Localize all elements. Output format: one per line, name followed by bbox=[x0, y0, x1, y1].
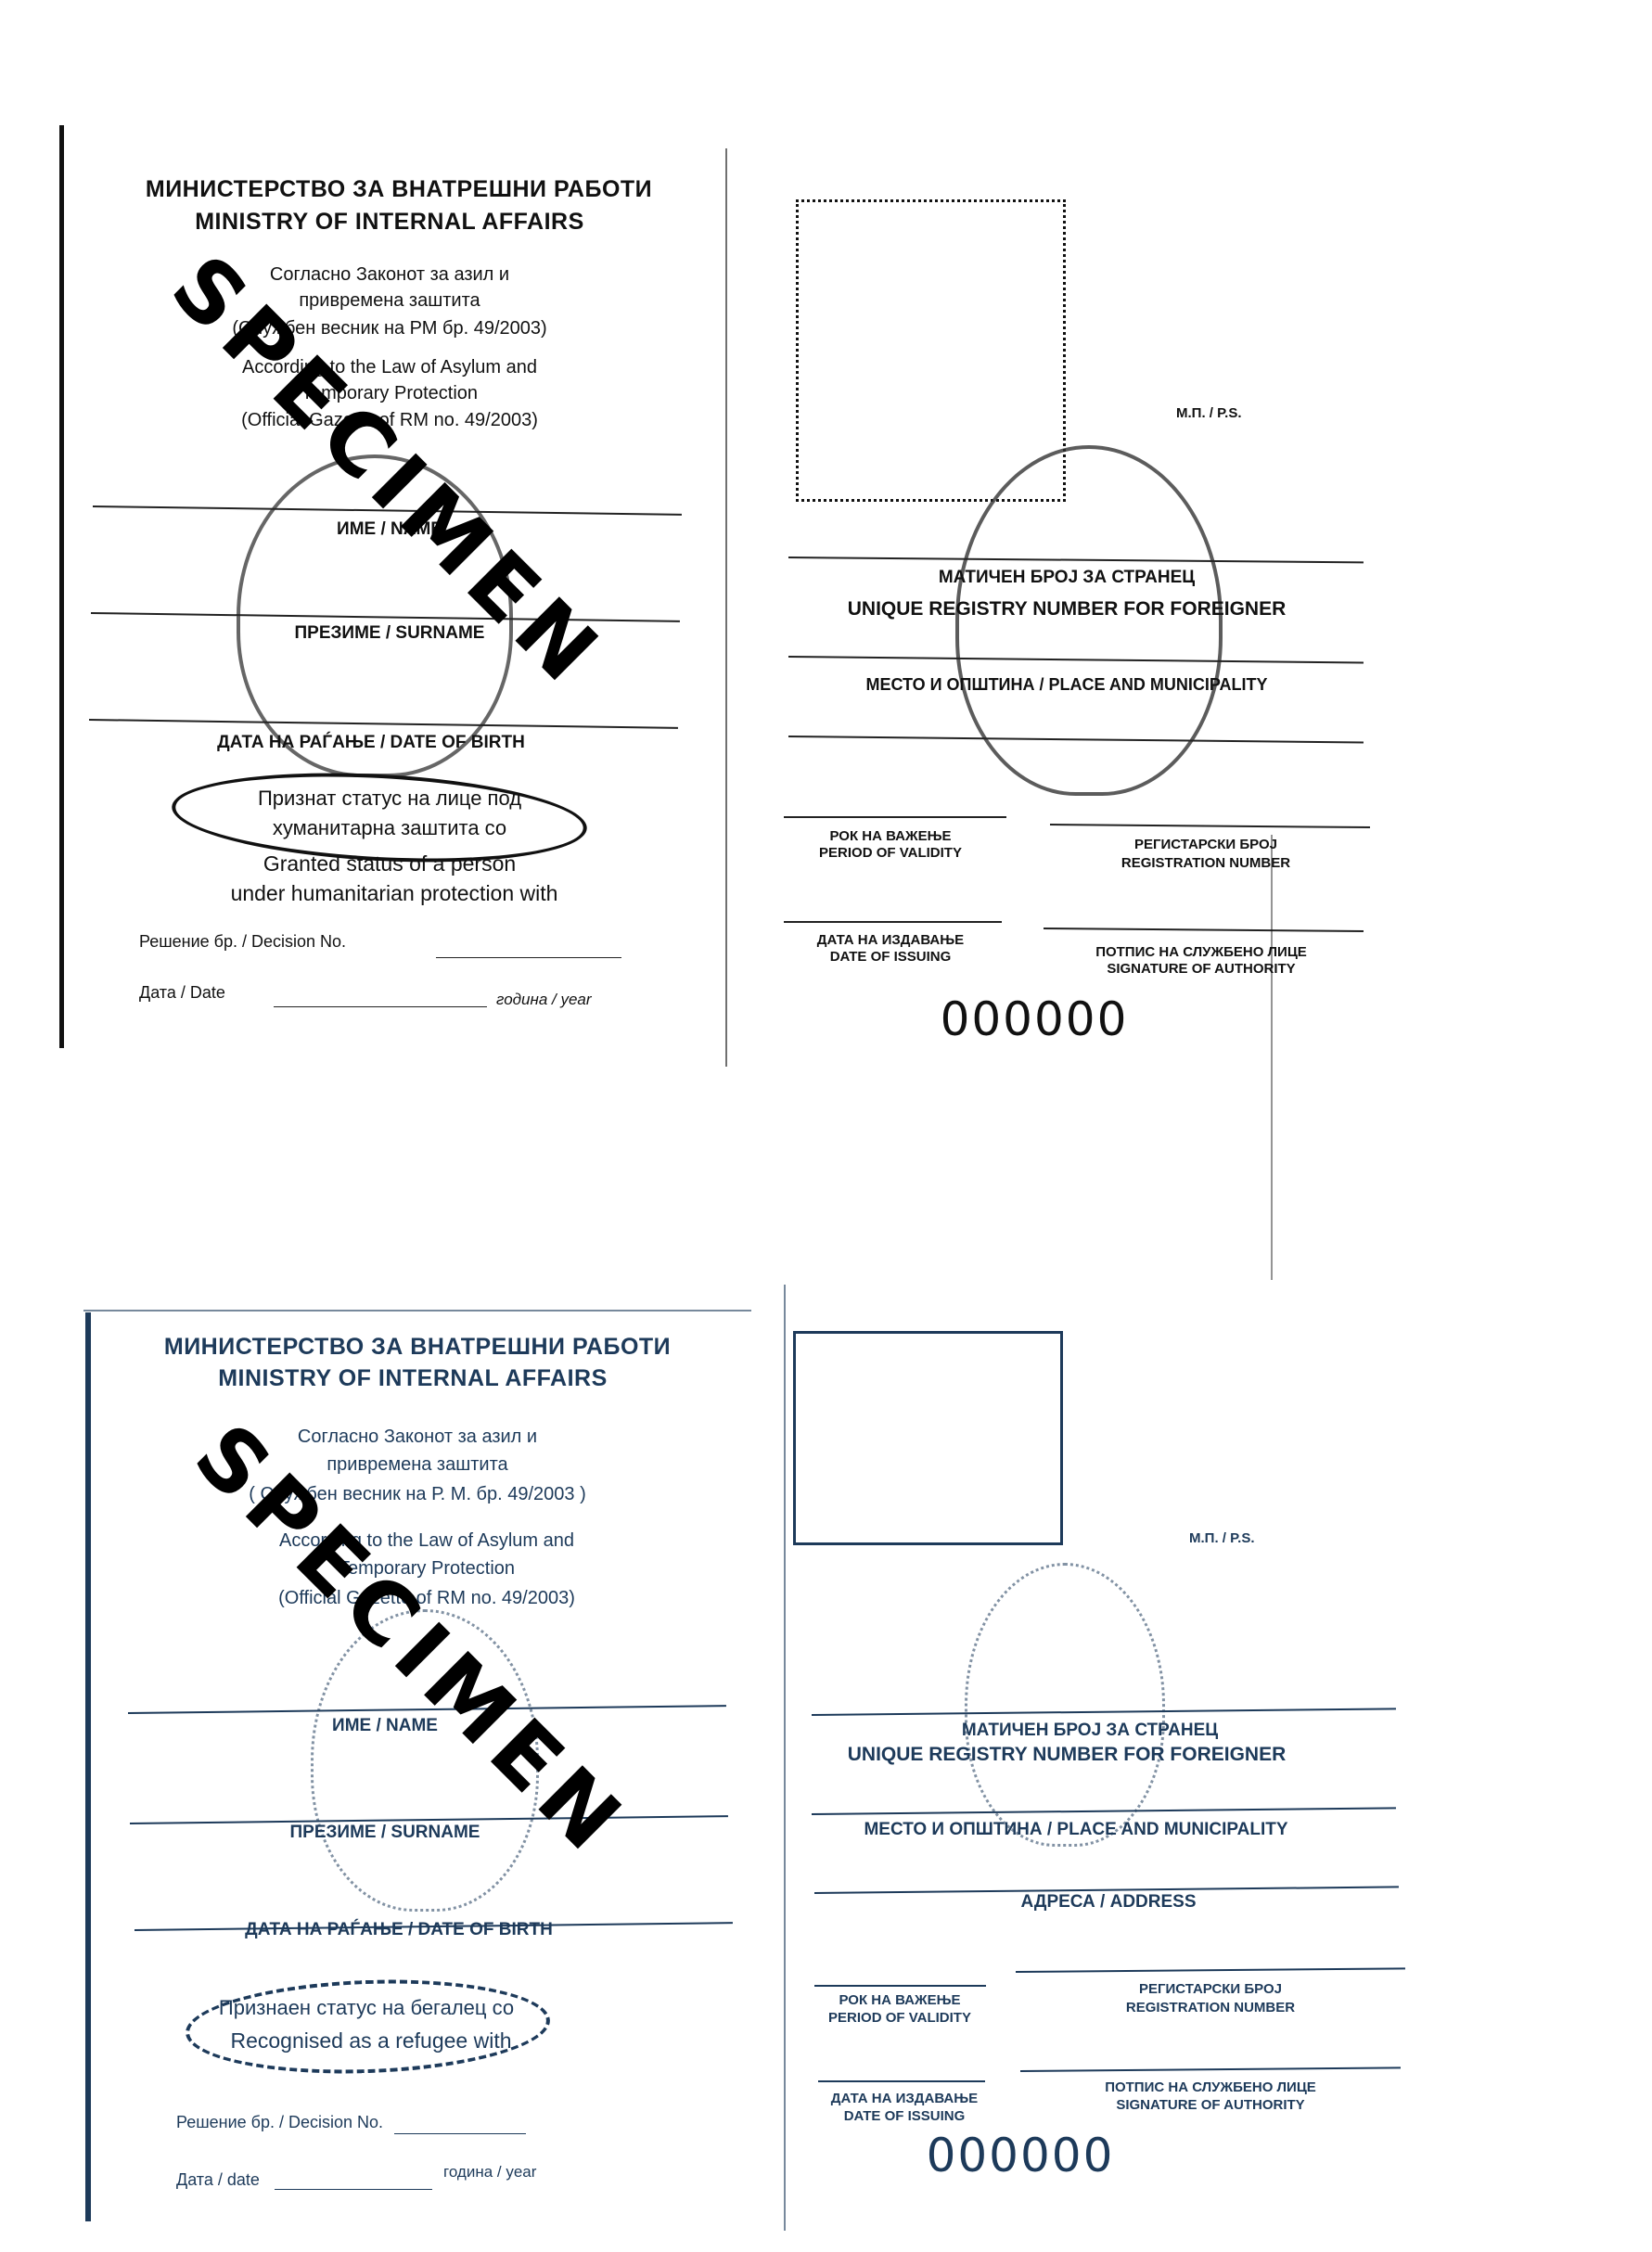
fold-line bbox=[725, 148, 727, 1067]
status-en-line-2: under humanitarian protection with bbox=[231, 881, 558, 906]
signature-label-en: SIGNATURE OF AUTHORITY bbox=[1107, 961, 1295, 978]
decision-no-blank[interactable] bbox=[394, 2133, 526, 2134]
coat-of-arms-emblem-right bbox=[965, 1563, 1165, 1847]
regnum-label-en: REGISTRATION NUMBER bbox=[1126, 2000, 1295, 2016]
signature-label-mk: ПОТПИС НА СЛУЖБЕНО ЛИЦЕ bbox=[1105, 2079, 1316, 2096]
decision-no-label: Решение бр. / Decision No. bbox=[176, 2113, 383, 2132]
status-mk-line-1: Признат статус на лице под bbox=[258, 787, 521, 811]
status-en-line-1: Granted status of a person bbox=[263, 851, 516, 876]
photo-box bbox=[796, 199, 1066, 502]
status-mk-line-2: хуманитарна заштита со bbox=[273, 816, 506, 840]
regnum-label-mk: РЕГИСТАРСКИ БРОЈ bbox=[1139, 1981, 1282, 1998]
issued-line bbox=[818, 2080, 985, 2082]
registry-label-en: UNIQUE REGISTRY NUMBER FOR FOREIGNER bbox=[848, 598, 1287, 621]
ministry-title-en: MINISTRY OF INTERNAL AFFAIRS bbox=[195, 209, 584, 236]
photo-box bbox=[793, 1331, 1063, 1545]
address-label: АДРЕСА / ADDRESS bbox=[1020, 1892, 1196, 1913]
field-surname-label: ПРЕЗИМЕ / SURNAME bbox=[290, 1823, 480, 1843]
status-mk-line-1: Признаен статус на бегалец со bbox=[219, 1996, 514, 2020]
issued-label-mk: ДАТА НА ИЗДАВАЊЕ bbox=[817, 932, 964, 949]
serial-number: 000000 bbox=[941, 992, 1129, 1046]
seal-label: М.П. / P.S. bbox=[1189, 1530, 1255, 1546]
seal-label: М.П. / P.S. bbox=[1176, 405, 1242, 421]
law-mk-line-2: привремена заштита bbox=[327, 1454, 507, 1476]
issued-label-en: DATE OF ISSUING bbox=[844, 2108, 966, 2125]
regnum-label-mk: РЕГИСТАРСКИ БРОЈ bbox=[1134, 837, 1277, 853]
signature-line bbox=[1044, 928, 1364, 932]
regnum-label-en: REGISTRATION NUMBER bbox=[1121, 855, 1290, 872]
signature-line bbox=[1020, 2066, 1401, 2072]
regnum-line bbox=[1016, 1967, 1405, 1973]
date-blank[interactable] bbox=[274, 1006, 487, 1007]
left-border bbox=[85, 1312, 91, 2221]
date-blank[interactable] bbox=[275, 2189, 432, 2190]
serial-number: 000000 bbox=[927, 2129, 1115, 2182]
place-label: МЕСТО И ОПШТИНА / PLACE AND MUNICIPALITY bbox=[866, 675, 1268, 695]
ministry-title-mk: МИНИСТЕРСТВО ЗА ВНАТРЕШНИ РАБОТИ bbox=[146, 176, 652, 203]
field-dob-label: ДАТА НА РАЃАЊЕ / DATE OF BIRTH bbox=[217, 733, 525, 753]
decision-no-blank[interactable] bbox=[436, 957, 621, 958]
place-label: МЕСТО И ОПШТИНА / PLACE AND MUNICIPALITY bbox=[864, 1820, 1287, 1840]
signature-label-mk: ПОТПИС НА СЛУЖБЕНО ЛИЦЕ bbox=[1095, 944, 1307, 961]
top-border bbox=[83, 1310, 751, 1312]
status-oval-stamp bbox=[184, 1974, 551, 2079]
validity-label-mk: РОК НА ВАЖЕЊЕ bbox=[829, 828, 951, 845]
cut-line bbox=[1271, 835, 1273, 1280]
ministry-title-mk: МИНИСТЕРСТВО ЗА ВНАТРЕШНИ РАБОТИ bbox=[164, 1334, 671, 1361]
law-mk-line-1: Согласно Законот за азил и bbox=[298, 1427, 537, 1448]
year-label: година / year bbox=[443, 2163, 536, 2182]
registry-label-en: UNIQUE REGISTRY NUMBER FOR FOREIGNER bbox=[848, 1744, 1287, 1766]
issued-label-en: DATE OF ISSUING bbox=[830, 949, 952, 966]
coat-of-arms-emblem-right bbox=[955, 445, 1223, 796]
issued-line bbox=[784, 921, 1002, 923]
field-dob-label: ДАТА НА РАЃАЊЕ / DATE OF BIRTH bbox=[245, 1920, 553, 1940]
left-border bbox=[59, 125, 64, 1048]
law-mk-line-1: Согласно Законот за азил и bbox=[270, 264, 509, 286]
date-label: Дата / Date bbox=[139, 983, 225, 1003]
fold-line bbox=[784, 1285, 786, 2231]
ministry-title-en: MINISTRY OF INTERNAL AFFAIRS bbox=[218, 1365, 608, 1392]
law-mk-line-2: привремена заштита bbox=[299, 290, 480, 312]
field-surname-label: ПРЕЗИМЕ / SURNAME bbox=[295, 623, 485, 644]
signature-label-en: SIGNATURE OF AUTHORITY bbox=[1116, 2097, 1304, 2114]
registry-label-mk: МАТИЧЕН БРОЈ ЗА СТРАНЕЦ bbox=[962, 1721, 1218, 1741]
validity-line bbox=[784, 816, 1006, 818]
validity-line bbox=[814, 1985, 986, 1987]
decision-no-label: Решение бр. / Decision No. bbox=[139, 932, 346, 952]
year-label: година / year bbox=[496, 991, 592, 1009]
validity-label-en: PERIOD OF VALIDITY bbox=[819, 845, 962, 862]
date-label: Дата / date bbox=[176, 2170, 260, 2190]
validity-label-en: PERIOD OF VALIDITY bbox=[828, 2010, 971, 2027]
registry-label-mk: МАТИЧЕН БРОЈ ЗА СТРАНЕЦ bbox=[939, 568, 1195, 588]
regnum-line bbox=[1050, 824, 1370, 828]
issued-label-mk: ДАТА НА ИЗДАВАЊЕ bbox=[831, 2091, 978, 2107]
status-en-line-1: Recognised as a refugee with bbox=[230, 2028, 511, 2054]
validity-label-mk: РОК НА ВАЖЕЊЕ bbox=[839, 1992, 960, 2009]
